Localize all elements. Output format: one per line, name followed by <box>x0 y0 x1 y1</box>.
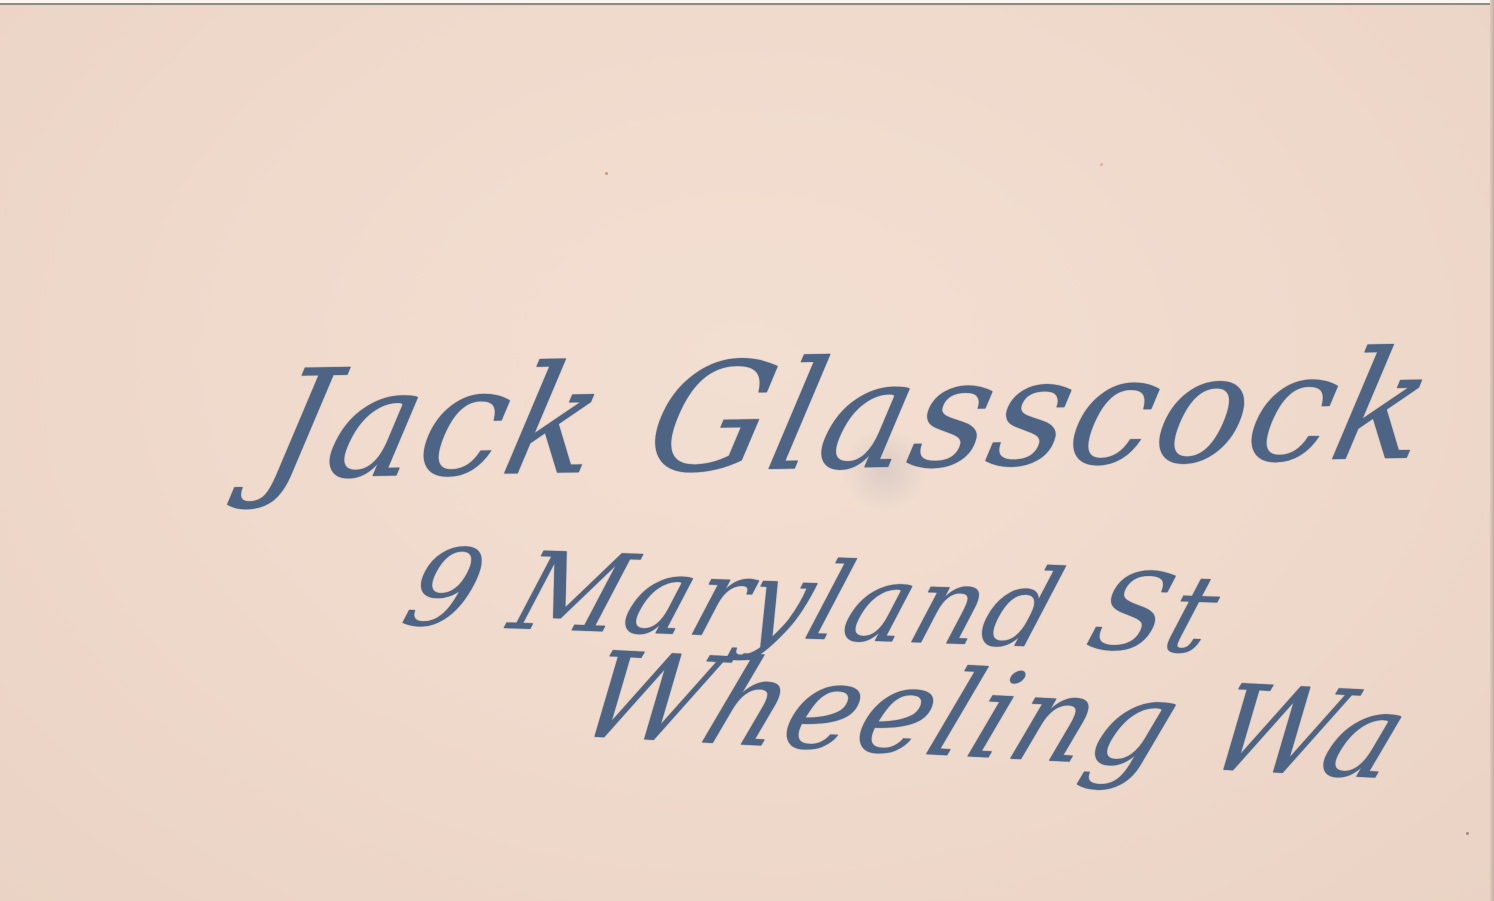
city-state: Wheeling Wa <box>560 628 1429 807</box>
handwritten-address: Jack Glasscock 9 Maryland St Wheeling Wa <box>0 0 1494 901</box>
signature-name: Jack Glasscock <box>250 319 1451 514</box>
index-card: Jack Glasscock 9 Maryland St Wheeling Wa <box>0 0 1494 901</box>
